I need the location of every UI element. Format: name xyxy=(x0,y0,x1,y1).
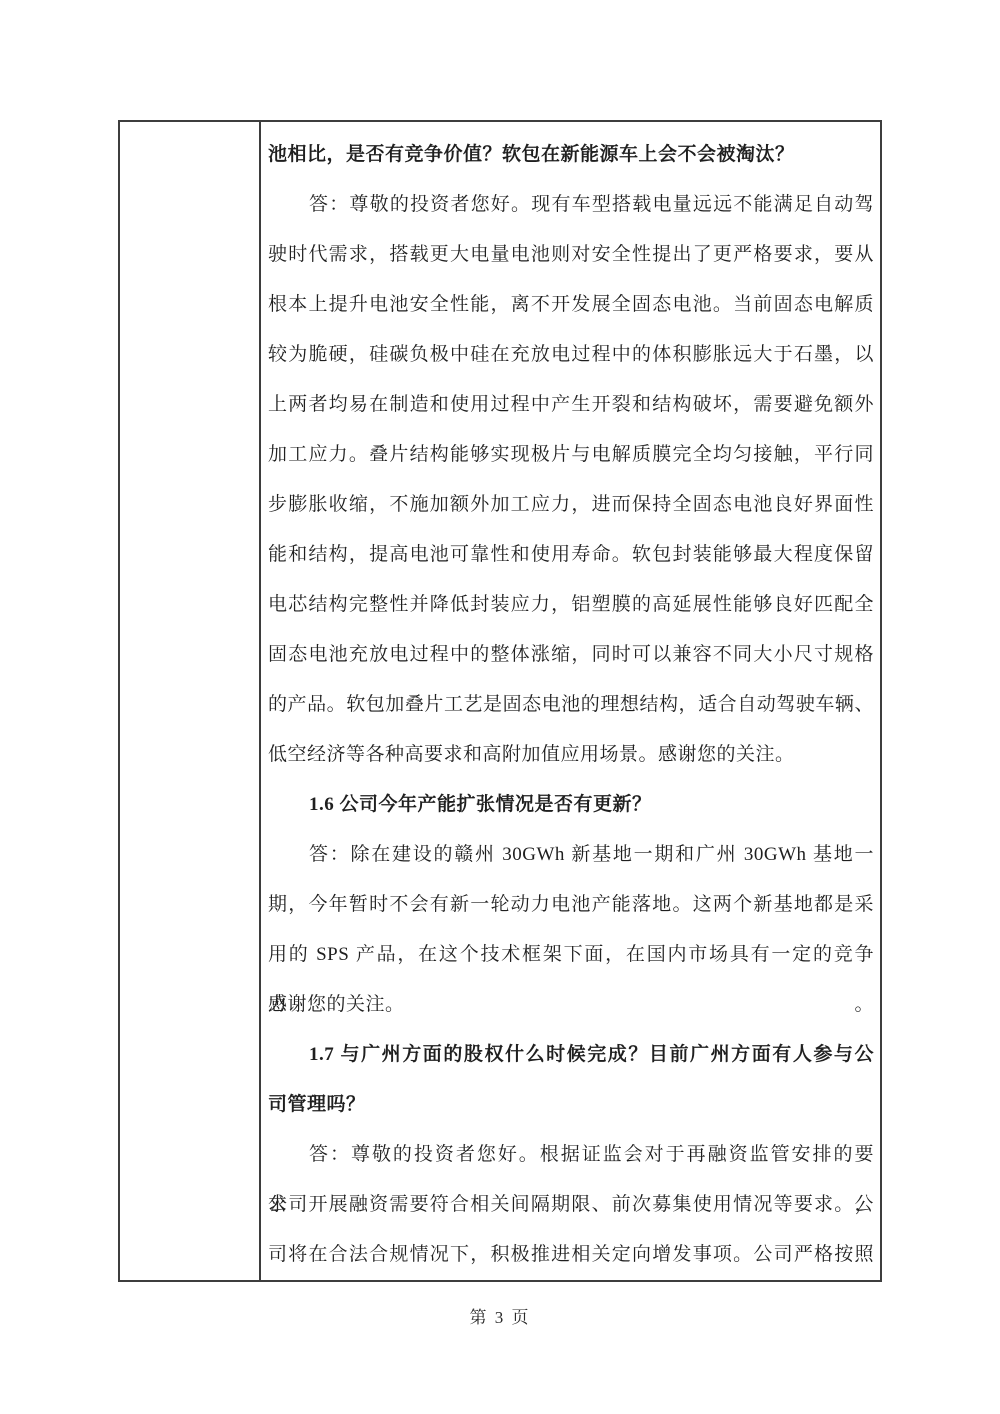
text-line: 驶时代需求，搭载更大电量电池则对安全性提出了更严格要求，要从 xyxy=(268,230,874,280)
text-line: 根本上提升电池安全性能，离不开发展全固态电池。当前固态电解质 xyxy=(268,280,874,330)
page-number: 第 3 页 xyxy=(470,1308,531,1327)
text-line: 用的 SPS 产品，在这个技术框架下面，在国内市场具有一定的竞争力。 xyxy=(268,930,874,980)
text-line: 答：尊敬的投资者您好。根据证监会对于再融资监管安排的要求， xyxy=(268,1130,874,1180)
text-line: 低空经济等各种高要求和高附加值应用场景。感谢您的关注。 xyxy=(268,730,874,780)
text-line: 电芯结构完整性并降低封装应力，铝塑膜的高延展性能够良好匹配全 xyxy=(268,580,874,630)
text-line: 的产品。软包加叠片工艺是固态电池的理想结构，适合自动驾驶车辆、 xyxy=(268,680,874,730)
text-line: 司将在合法合规情况下，积极推进相关定向增发事项。公司严格按照 xyxy=(268,1230,874,1280)
text-line: 能和结构，提高电池可靠性和使用寿命。软包封装能够最大程度保留 xyxy=(268,530,874,580)
text-line: 池相比，是否有竞争价值？软包在新能源车上会不会被淘汰？ xyxy=(268,130,874,180)
text-line: 加工应力。叠片结构能够实现极片与电解质膜完全均匀接触，平行同 xyxy=(268,430,874,480)
table-label-cell xyxy=(120,122,261,1280)
text-line: 1.7 与广州方面的股权什么时候完成？目前广州方面有人参与公 xyxy=(268,1030,874,1080)
text-line: 1.6 公司今年产能扩张情况是否有更新？ xyxy=(268,780,874,830)
text-line: 答：除在建设的赣州 30GWh 新基地一期和广州 30GWh 基地一 xyxy=(268,830,874,880)
document-page: 池相比，是否有竞争价值？软包在新能源车上会不会被淘汰？答：尊敬的投资者您好。现有… xyxy=(0,0,1000,1414)
text-line: 司管理吗？ xyxy=(268,1080,874,1130)
text-line: 上两者均易在制造和使用过程中产生开裂和结构破坏，需要避免额外 xyxy=(268,380,874,430)
text-line: 答：尊敬的投资者您好。现有车型搭载电量远远不能满足自动驾 xyxy=(268,180,874,230)
text-line: 固态电池充放电过程中的整体涨缩，同时可以兼容不同大小尺寸规格 xyxy=(268,630,874,680)
page-footer: 第 3 页 xyxy=(0,1306,1000,1330)
table-content-cell: 池相比，是否有竞争价值？软包在新能源车上会不会被淘汰？答：尊敬的投资者您好。现有… xyxy=(261,122,880,1280)
qa-table: 池相比，是否有竞争价值？软包在新能源车上会不会被淘汰？答：尊敬的投资者您好。现有… xyxy=(118,120,882,1282)
text-line: 期，今年暂时不会有新一轮动力电池产能落地。这两个新基地都是采 xyxy=(268,880,874,930)
text-line: 较为脆硬，硅碳负极中硅在充放电过程中的体积膨胀远大于石墨，以 xyxy=(268,330,874,380)
text-line: 公司开展融资需要符合相关间隔期限、前次募集使用情况等要求。公 xyxy=(268,1180,874,1230)
text-line: 步膨胀收缩，不施加额外加工应力，进而保持全固态电池良好界面性 xyxy=(268,480,874,530)
